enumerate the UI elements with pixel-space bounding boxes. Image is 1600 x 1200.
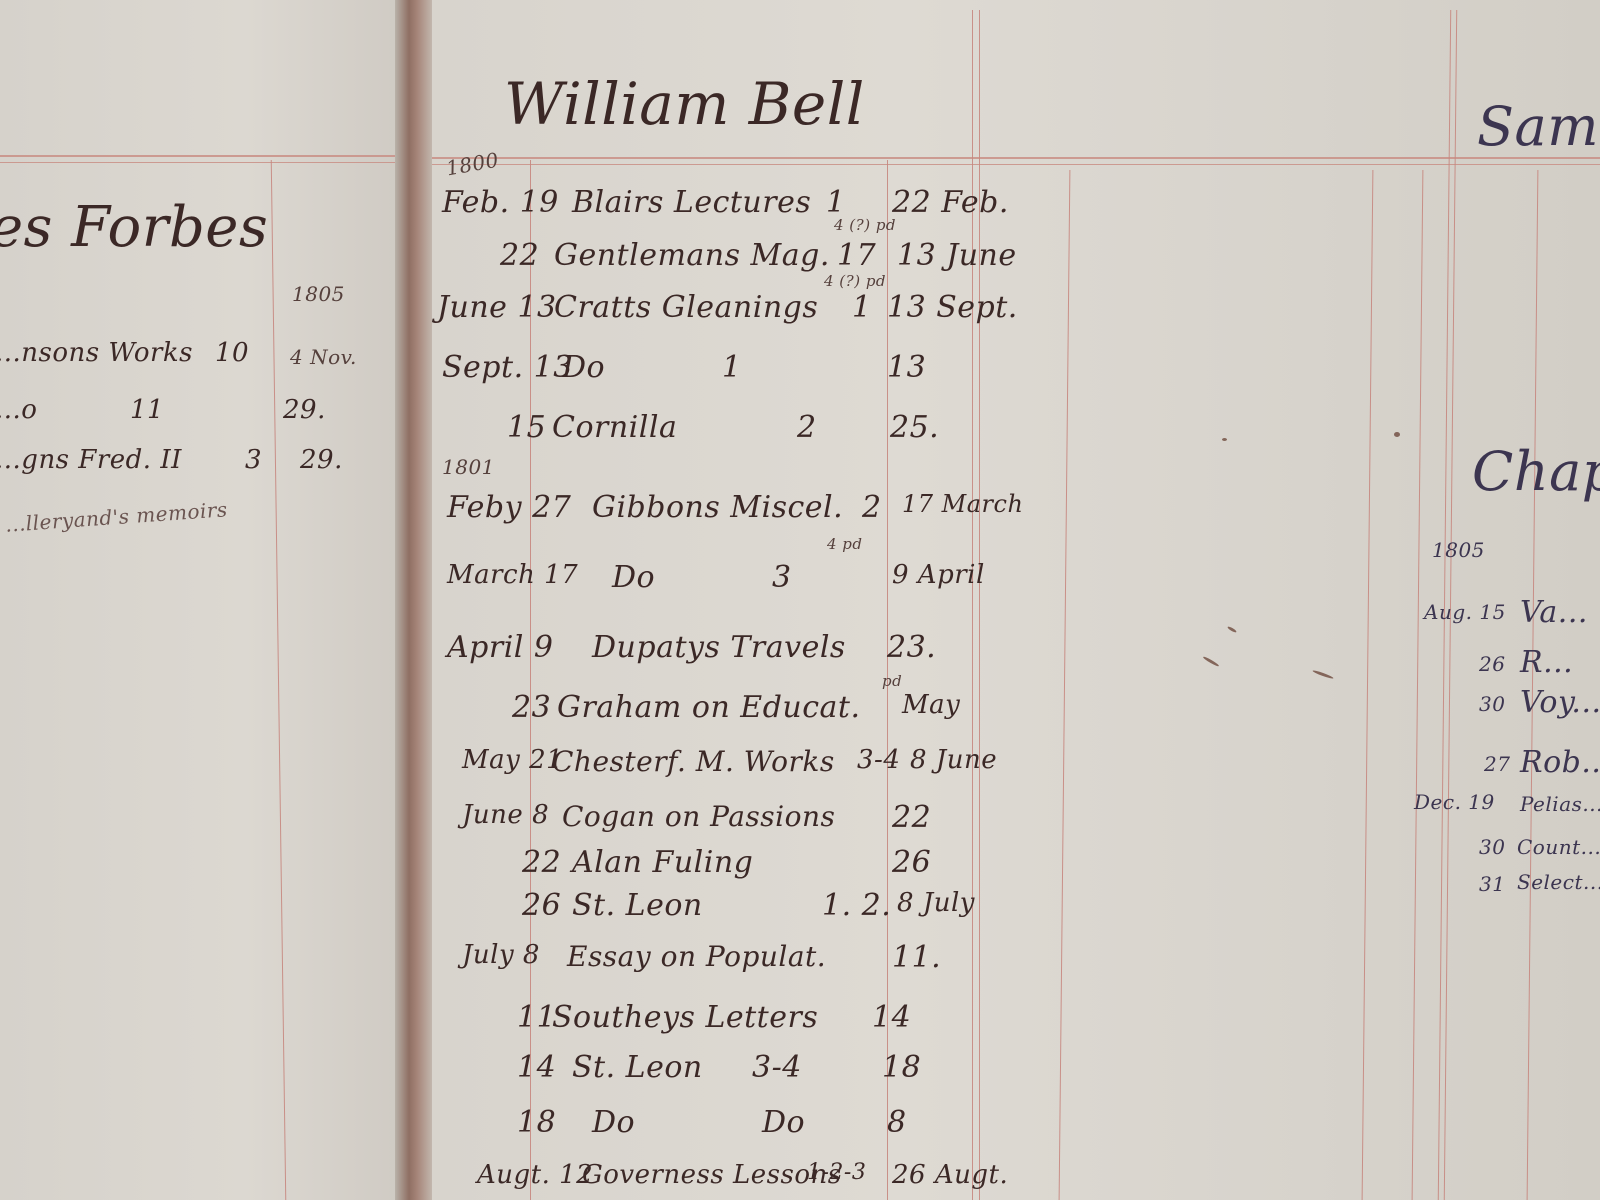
entry-title: Southeys Letters: [552, 1000, 818, 1035]
entry-volume: Do: [762, 1105, 805, 1140]
entry-title: Alan Fuling: [572, 845, 753, 880]
entry-title: St. Leon: [572, 888, 703, 923]
entry-note: 4 (?) pd: [834, 216, 896, 234]
entry-returned: 8: [887, 1105, 907, 1140]
column-rule: [1412, 170, 1424, 1200]
entry-note: pd: [882, 672, 902, 690]
entry-title: Count...: [1517, 835, 1600, 859]
entry-title: Do: [592, 1105, 635, 1140]
entry-date: Feb. 19: [442, 185, 559, 220]
ledger-entry-returned: 29.: [300, 445, 343, 475]
entry-returned: 26: [892, 845, 931, 880]
entry-returned: 26 Augt.: [892, 1160, 1008, 1190]
entry-date: Dec. 19: [1414, 790, 1495, 814]
entry-date: April 9: [447, 630, 554, 665]
entry-date: 23: [512, 690, 551, 725]
entry-title: Gentlemans Mag.: [554, 238, 830, 273]
right-ledger-page: William Bell 1800 1801 Feb. 19 Blairs Le…: [432, 0, 1600, 1200]
entry-title: Va...: [1520, 595, 1588, 630]
entry-title: Cornilla: [552, 410, 677, 445]
entry-title: Cogan on Passions: [562, 800, 835, 833]
entry-returned: May: [902, 690, 960, 720]
entry-date: May 21: [462, 745, 563, 775]
entry-returned: 25.: [890, 410, 939, 445]
entry-returned: 17 March: [902, 490, 1023, 518]
entry-returned: 8 June: [910, 745, 997, 775]
account-holder-name: William Bell: [504, 70, 865, 138]
entry-volume: 1: [826, 185, 846, 220]
entry-date: 26: [1479, 652, 1505, 676]
entry-title: Graham on Educat.: [557, 690, 861, 725]
entry-note: 4 pd: [827, 535, 863, 553]
ink-stain: [1227, 626, 1237, 634]
ledger-entry-title: ...lleryand's memoirs: [4, 497, 228, 536]
entry-returned: 13: [887, 350, 926, 385]
entry-date: June 13: [437, 290, 557, 325]
book-spine-gutter: [395, 0, 435, 1200]
header-rule: [432, 157, 1600, 159]
entry-returned: 11.: [892, 940, 941, 975]
entry-returned: 13 Sept.: [887, 290, 1018, 325]
entry-title: Do: [612, 560, 655, 595]
ledger-entry-volume: 11: [130, 395, 164, 425]
year-label: 1805: [292, 282, 345, 306]
entry-volume: 3-4: [857, 745, 900, 775]
entry-returned: 14: [872, 1000, 911, 1035]
ledger-entry-title: ...nsons Works: [0, 338, 193, 368]
entry-title: Dupatys Travels: [592, 630, 846, 665]
entry-returned: 22: [892, 800, 931, 835]
entry-date: Feby 27: [447, 490, 571, 525]
entry-title: Blairs Lectures: [572, 185, 811, 220]
ink-stain: [1312, 669, 1334, 679]
entry-date: 18: [517, 1105, 556, 1140]
entry-date: June 8: [462, 800, 549, 830]
header-rule: [0, 162, 410, 163]
entry-date: 30: [1479, 835, 1505, 859]
entry-title: St. Leon: [572, 1050, 703, 1085]
entry-returned: 22 Feb.: [892, 185, 1009, 220]
entry-date: March 17: [447, 560, 578, 590]
next-account-subheading: Chap: [1472, 440, 1600, 503]
ink-stain: [1394, 432, 1400, 437]
ledger-entry-volume: 10: [215, 338, 249, 368]
year-label: 1801: [442, 455, 495, 479]
entry-date: Aug. 15: [1424, 600, 1506, 624]
left-page-heading: es Forbes: [0, 195, 268, 260]
ledger-entry-returned: 4 Nov.: [290, 345, 357, 369]
entry-date: 26: [522, 888, 561, 923]
entry-volume: 1. 2.: [822, 888, 891, 923]
ledger-entry-title: ...o: [0, 395, 37, 425]
entry-note: 4 (?) pd: [824, 272, 886, 290]
entry-date: 15: [507, 410, 546, 445]
entry-date: Sept. 13: [442, 350, 573, 385]
entry-date: 30: [1479, 692, 1505, 716]
entry-date: 27: [1484, 752, 1510, 776]
entry-title: R...: [1520, 645, 1573, 680]
entry-date: 11: [517, 1000, 556, 1035]
entry-volume: 2: [797, 410, 817, 445]
entry-volume: 17: [837, 238, 876, 273]
entry-volume: 3-4: [752, 1050, 802, 1085]
entry-title: Gibbons Miscel.: [592, 490, 843, 525]
entry-date: July 8: [462, 940, 540, 970]
entry-title: Rob...: [1520, 745, 1600, 780]
entry-title: Chesterf. M. Works: [552, 745, 835, 778]
year-label: 1800: [444, 148, 500, 181]
entry-returned: 18: [882, 1050, 921, 1085]
ledger-entry-returned: 29.: [283, 395, 326, 425]
entry-volume: 1: [852, 290, 872, 325]
entry-title: Do: [562, 350, 605, 385]
column-rule: [1362, 170, 1374, 1200]
entry-title: Select...: [1517, 870, 1600, 894]
entry-title: Pelias...: [1520, 792, 1600, 816]
column-rule: [1059, 170, 1071, 1200]
entry-date: 22: [522, 845, 561, 880]
entry-returned: 9 April: [892, 560, 985, 590]
entry-title: Voy...: [1520, 685, 1600, 720]
header-rule: [0, 155, 410, 157]
entry-title: Cratts Gleanings: [554, 290, 818, 325]
entry-returned: 23.: [887, 630, 936, 665]
entry-volume: 3: [772, 560, 792, 595]
entry-date: 14: [517, 1050, 556, 1085]
year-label: 1805: [1432, 538, 1485, 562]
entry-title: Governess Lessons: [582, 1160, 842, 1190]
entry-date: Augt. 12: [477, 1160, 593, 1190]
ink-stain: [1222, 438, 1227, 441]
left-ledger-page: es Forbes 1805 ...nsons Works 10 4 Nov. …: [0, 0, 410, 1200]
entry-date: 31: [1479, 872, 1505, 896]
next-account-heading: Sam: [1477, 95, 1599, 158]
entry-returned: 13 June: [897, 238, 1017, 273]
column-rule: [271, 160, 287, 1200]
entry-title: Essay on Populat.: [567, 940, 826, 973]
header-rule: [432, 164, 1600, 165]
ink-stain: [1202, 656, 1219, 668]
entry-date: 22: [500, 238, 539, 273]
entry-volume: 2: [862, 490, 882, 525]
entry-volume: 1-2-3: [807, 1160, 866, 1185]
ledger-entry-volume: 3: [245, 445, 262, 475]
ledger-entry-title: ...gns Fred. II: [0, 445, 182, 475]
entry-volume: 1: [722, 350, 742, 385]
entry-returned: 8 July: [897, 888, 975, 918]
